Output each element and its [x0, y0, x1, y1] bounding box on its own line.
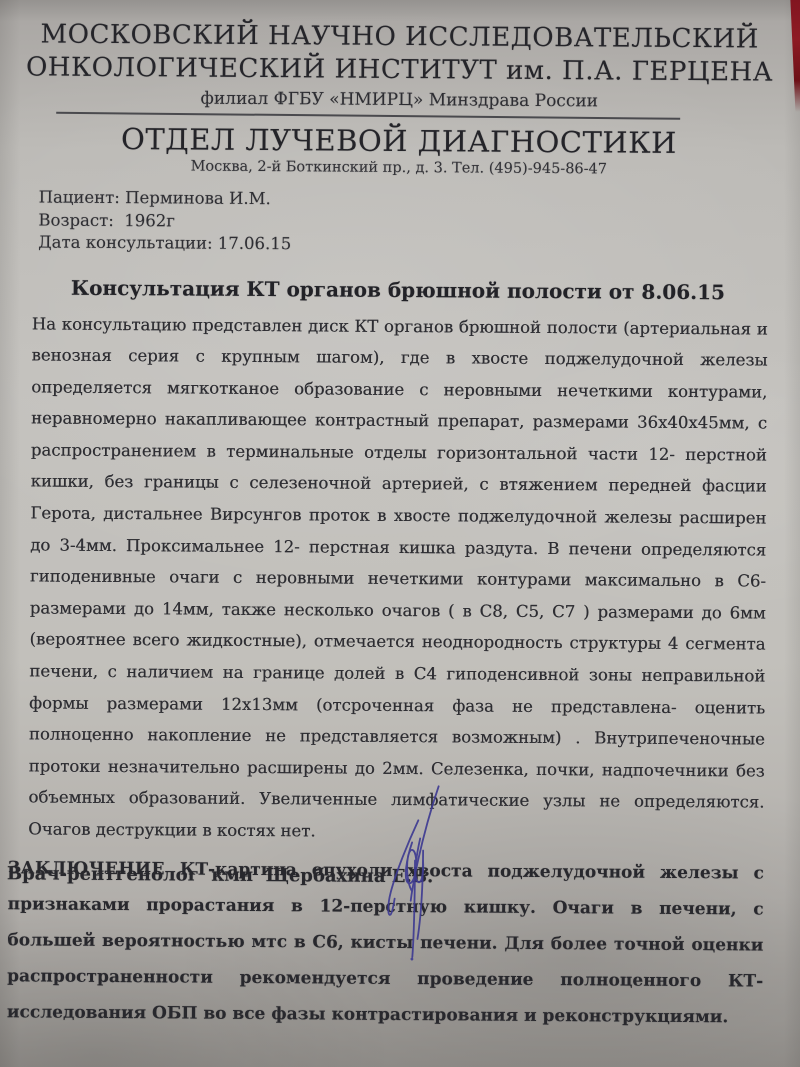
consult-date-label: Дата консультации:	[38, 232, 212, 252]
patient-name-label: Пациент:	[39, 187, 120, 207]
patient-age-value: 1962г	[124, 211, 175, 230]
report-body-text: На консультацию представлен диск КТ орга…	[28, 308, 768, 850]
consult-date-value: 17.06.15	[218, 234, 292, 254]
consult-date-row: Дата консультации: 17.06.15	[38, 231, 798, 259]
department-title: ОТДЕЛ ЛУЧЕВОЙ ДИАГНОСТИКИ	[0, 121, 799, 161]
document-photo: МОСКОВСКИЙ НАУЧНО ИССЛЕДОВАТЕЛЬСКИЙ ОНКО…	[0, 0, 800, 1067]
header-divider	[56, 112, 680, 120]
patient-name-value: Перминова И.М.	[125, 188, 271, 208]
doctor-signature-ink	[376, 780, 449, 966]
institute-name: МОСКОВСКИЙ НАУЧНО ИССЛЕДОВАТЕЛЬСКИЙ ОНКО…	[0, 18, 800, 90]
branch-line: филиал ФГБУ «НМИРЦ» Минздрава России	[0, 87, 799, 113]
page-title: Консультация КТ органов брюшной полости …	[0, 275, 798, 305]
patient-age-label: Возраст:	[38, 210, 114, 230]
doctor-signature-line: Врач-рентгенолог кмн Щербахина Е.В.	[7, 863, 434, 887]
report-content: МОСКОВСКИЙ НАУЧНО ИССЛЕДОВАТЕЛЬСКИЙ ОНКО…	[0, 0, 800, 1067]
institute-name-line2: ОНКОЛОГИЧЕСКИЙ ИНСТИТУТ им. П.А. ГЕРЦЕНА	[0, 51, 800, 90]
address-line: Москва, 2-й Боткинский пр., д. 3. Тел. (…	[0, 157, 799, 179]
patient-info: Пациент: Перминова И.М. Возраст: 1962г Д…	[38, 186, 798, 259]
institute-name-line1: МОСКОВСКИЙ НАУЧНО ИССЛЕДОВАТЕЛЬСКИЙ	[0, 18, 800, 57]
